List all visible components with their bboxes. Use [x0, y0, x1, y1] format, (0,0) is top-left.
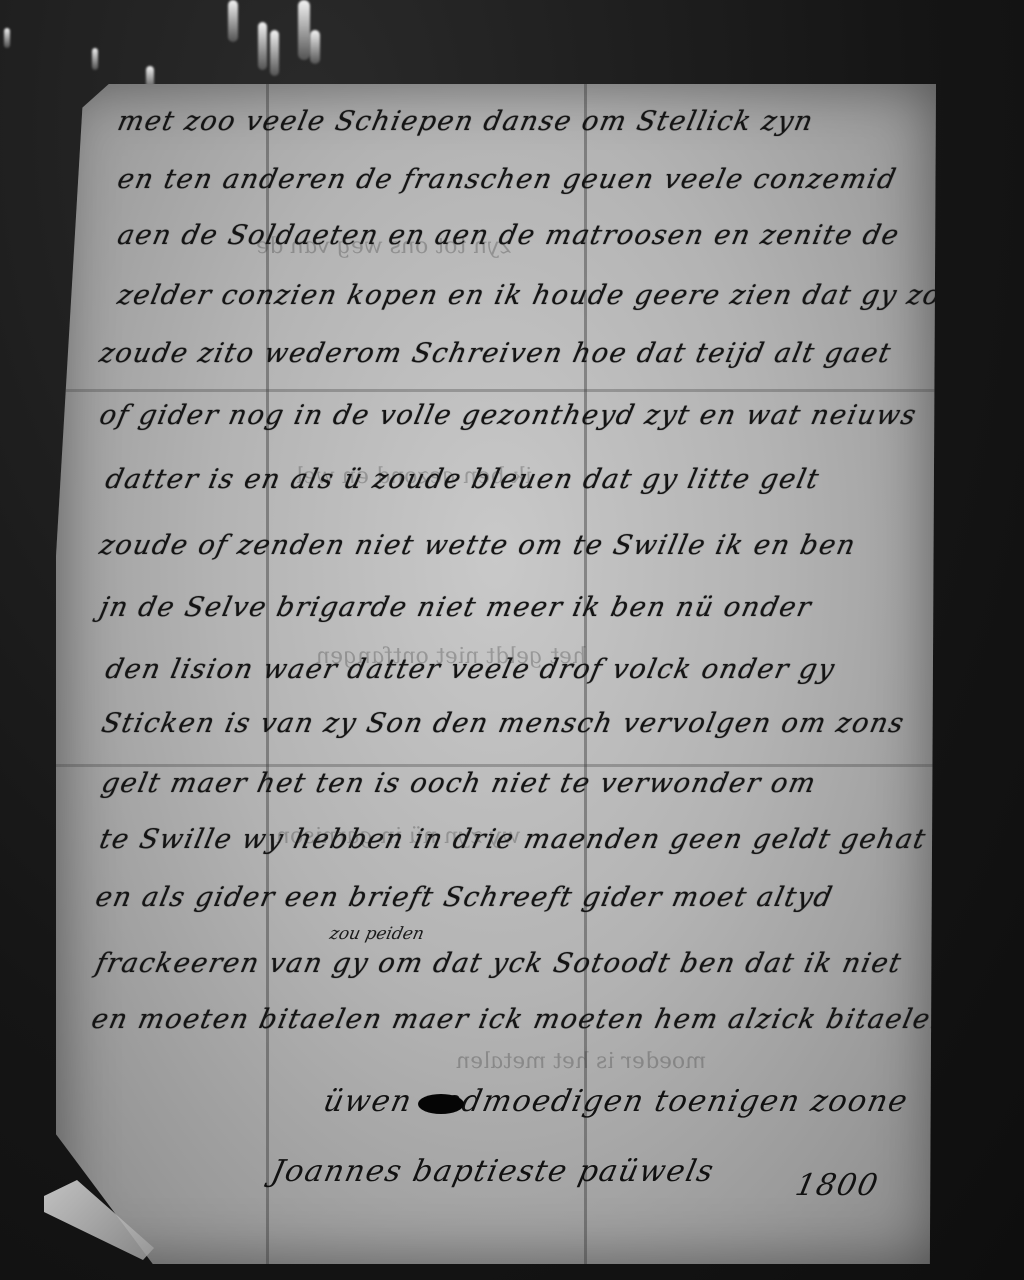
scanned-document-page: zyn tot ons weg van de ik ben gezond en …	[0, 0, 1024, 1280]
letter-paper: zyn tot ons weg van de ik ben gezond en …	[56, 84, 936, 1264]
signature-name: Joannes baptieste paüwels	[268, 1154, 718, 1189]
glare-artifact	[310, 30, 320, 64]
glare-artifact	[92, 48, 98, 70]
glare-artifact	[258, 22, 267, 70]
letter-line: jn de Selve brigarde niet meer ik ben nü…	[97, 592, 815, 623]
letter-line: of gider nog in de volle gezontheyd zyt …	[97, 400, 920, 431]
letter-line: datter is en als ü zoude bleuen dat gy l…	[103, 464, 823, 495]
glare-artifact	[270, 30, 279, 76]
glare-artifact	[4, 28, 10, 48]
letter-body: met zoo veele Schiepen danse om Stellick…	[56, 84, 936, 1264]
letter-line: te Swille wy hebben in drie maenden geen…	[97, 824, 930, 855]
letter-line: zoude of zenden niet wette om te Swille …	[97, 530, 859, 561]
letter-line: en moeten bitaelen maer ick moeten hem a…	[89, 1004, 953, 1035]
letter-line: zoude zito wederom Schreiven hoe dat tei…	[97, 338, 895, 369]
glare-artifact	[298, 0, 310, 60]
letter-line: en ten anderen de franschen geuen veele …	[115, 164, 900, 195]
letter-line: aen de Soldaeten en aen de matroosen en …	[115, 220, 903, 251]
glare-artifact	[228, 0, 238, 42]
letter-line: den lision waer datter veele drof volck …	[103, 654, 839, 685]
closing-salutation: üwen oodmoedigen toenigen zoone	[320, 1084, 911, 1119]
letter-line: gelt maer het ten is ooch niet te verwon…	[99, 768, 820, 799]
letter-line: en als gider een brieft Schreeft gider m…	[93, 882, 836, 913]
ink-blot	[418, 1094, 464, 1114]
interlinear-insertion: zou peiden	[328, 924, 426, 944]
letter-line: frackeeren van gy om dat yck Sotoodt ben…	[93, 948, 905, 979]
letter-line: met zoo veele Schiepen danse om Stellick…	[115, 106, 817, 137]
letter-line: Sticken is van zy Son den mensch vervolg…	[99, 708, 908, 739]
letter-line: zelder conzien kopen en ik houde geere z…	[115, 280, 944, 311]
signature-year: 1800	[792, 1168, 882, 1203]
